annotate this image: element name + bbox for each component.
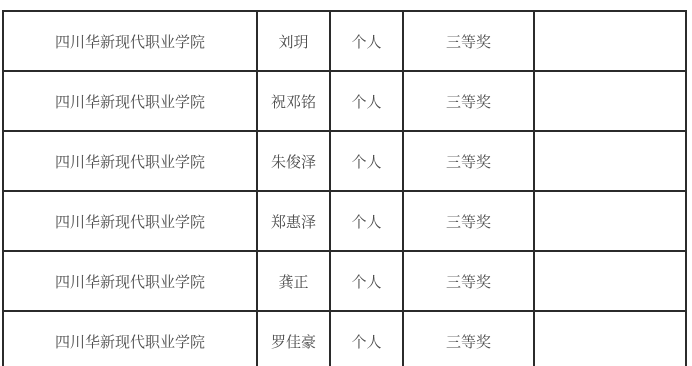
note-cell [534, 131, 686, 191]
school-cell: 四川华新现代职业学院 [3, 251, 257, 311]
entry-type-cell: 个人 [330, 251, 403, 311]
award-table: 四川华新现代职业学院 刘玥 个人 三等奖 四川华新现代职业学院 祝邓铭 个人 三… [2, 10, 687, 366]
note-cell [534, 251, 686, 311]
table-row: 四川华新现代职业学院 罗佳豪 个人 三等奖 [3, 311, 686, 366]
table-row: 四川华新现代职业学院 刘玥 个人 三等奖 [3, 11, 686, 71]
entry-type-cell: 个人 [330, 71, 403, 131]
entry-type-cell: 个人 [330, 191, 403, 251]
school-cell: 四川华新现代职业学院 [3, 11, 257, 71]
name-cell: 郑惠泽 [257, 191, 330, 251]
school-cell: 四川华新现代职业学院 [3, 311, 257, 366]
school-cell: 四川华新现代职业学院 [3, 71, 257, 131]
note-cell [534, 71, 686, 131]
entry-type-cell: 个人 [330, 11, 403, 71]
table-row: 四川华新现代职业学院 龚正 个人 三等奖 [3, 251, 686, 311]
note-cell [534, 311, 686, 366]
entry-type-cell: 个人 [330, 131, 403, 191]
award-cell: 三等奖 [403, 71, 534, 131]
school-cell: 四川华新现代职业学院 [3, 191, 257, 251]
award-cell: 三等奖 [403, 311, 534, 366]
name-cell: 罗佳豪 [257, 311, 330, 366]
name-cell: 祝邓铭 [257, 71, 330, 131]
name-cell: 龚正 [257, 251, 330, 311]
entry-type-cell: 个人 [330, 311, 403, 366]
note-cell [534, 11, 686, 71]
award-cell: 三等奖 [403, 191, 534, 251]
table-row: 四川华新现代职业学院 郑惠泽 个人 三等奖 [3, 191, 686, 251]
award-cell: 三等奖 [403, 251, 534, 311]
table-row: 四川华新现代职业学院 朱俊泽 个人 三等奖 [3, 131, 686, 191]
note-cell [534, 191, 686, 251]
name-cell: 朱俊泽 [257, 131, 330, 191]
name-cell: 刘玥 [257, 11, 330, 71]
school-cell: 四川华新现代职业学院 [3, 131, 257, 191]
award-cell: 三等奖 [403, 131, 534, 191]
table-row: 四川华新现代职业学院 祝邓铭 个人 三等奖 [3, 71, 686, 131]
award-table-container: 四川华新现代职业学院 刘玥 个人 三等奖 四川华新现代职业学院 祝邓铭 个人 三… [2, 10, 687, 366]
award-cell: 三等奖 [403, 11, 534, 71]
